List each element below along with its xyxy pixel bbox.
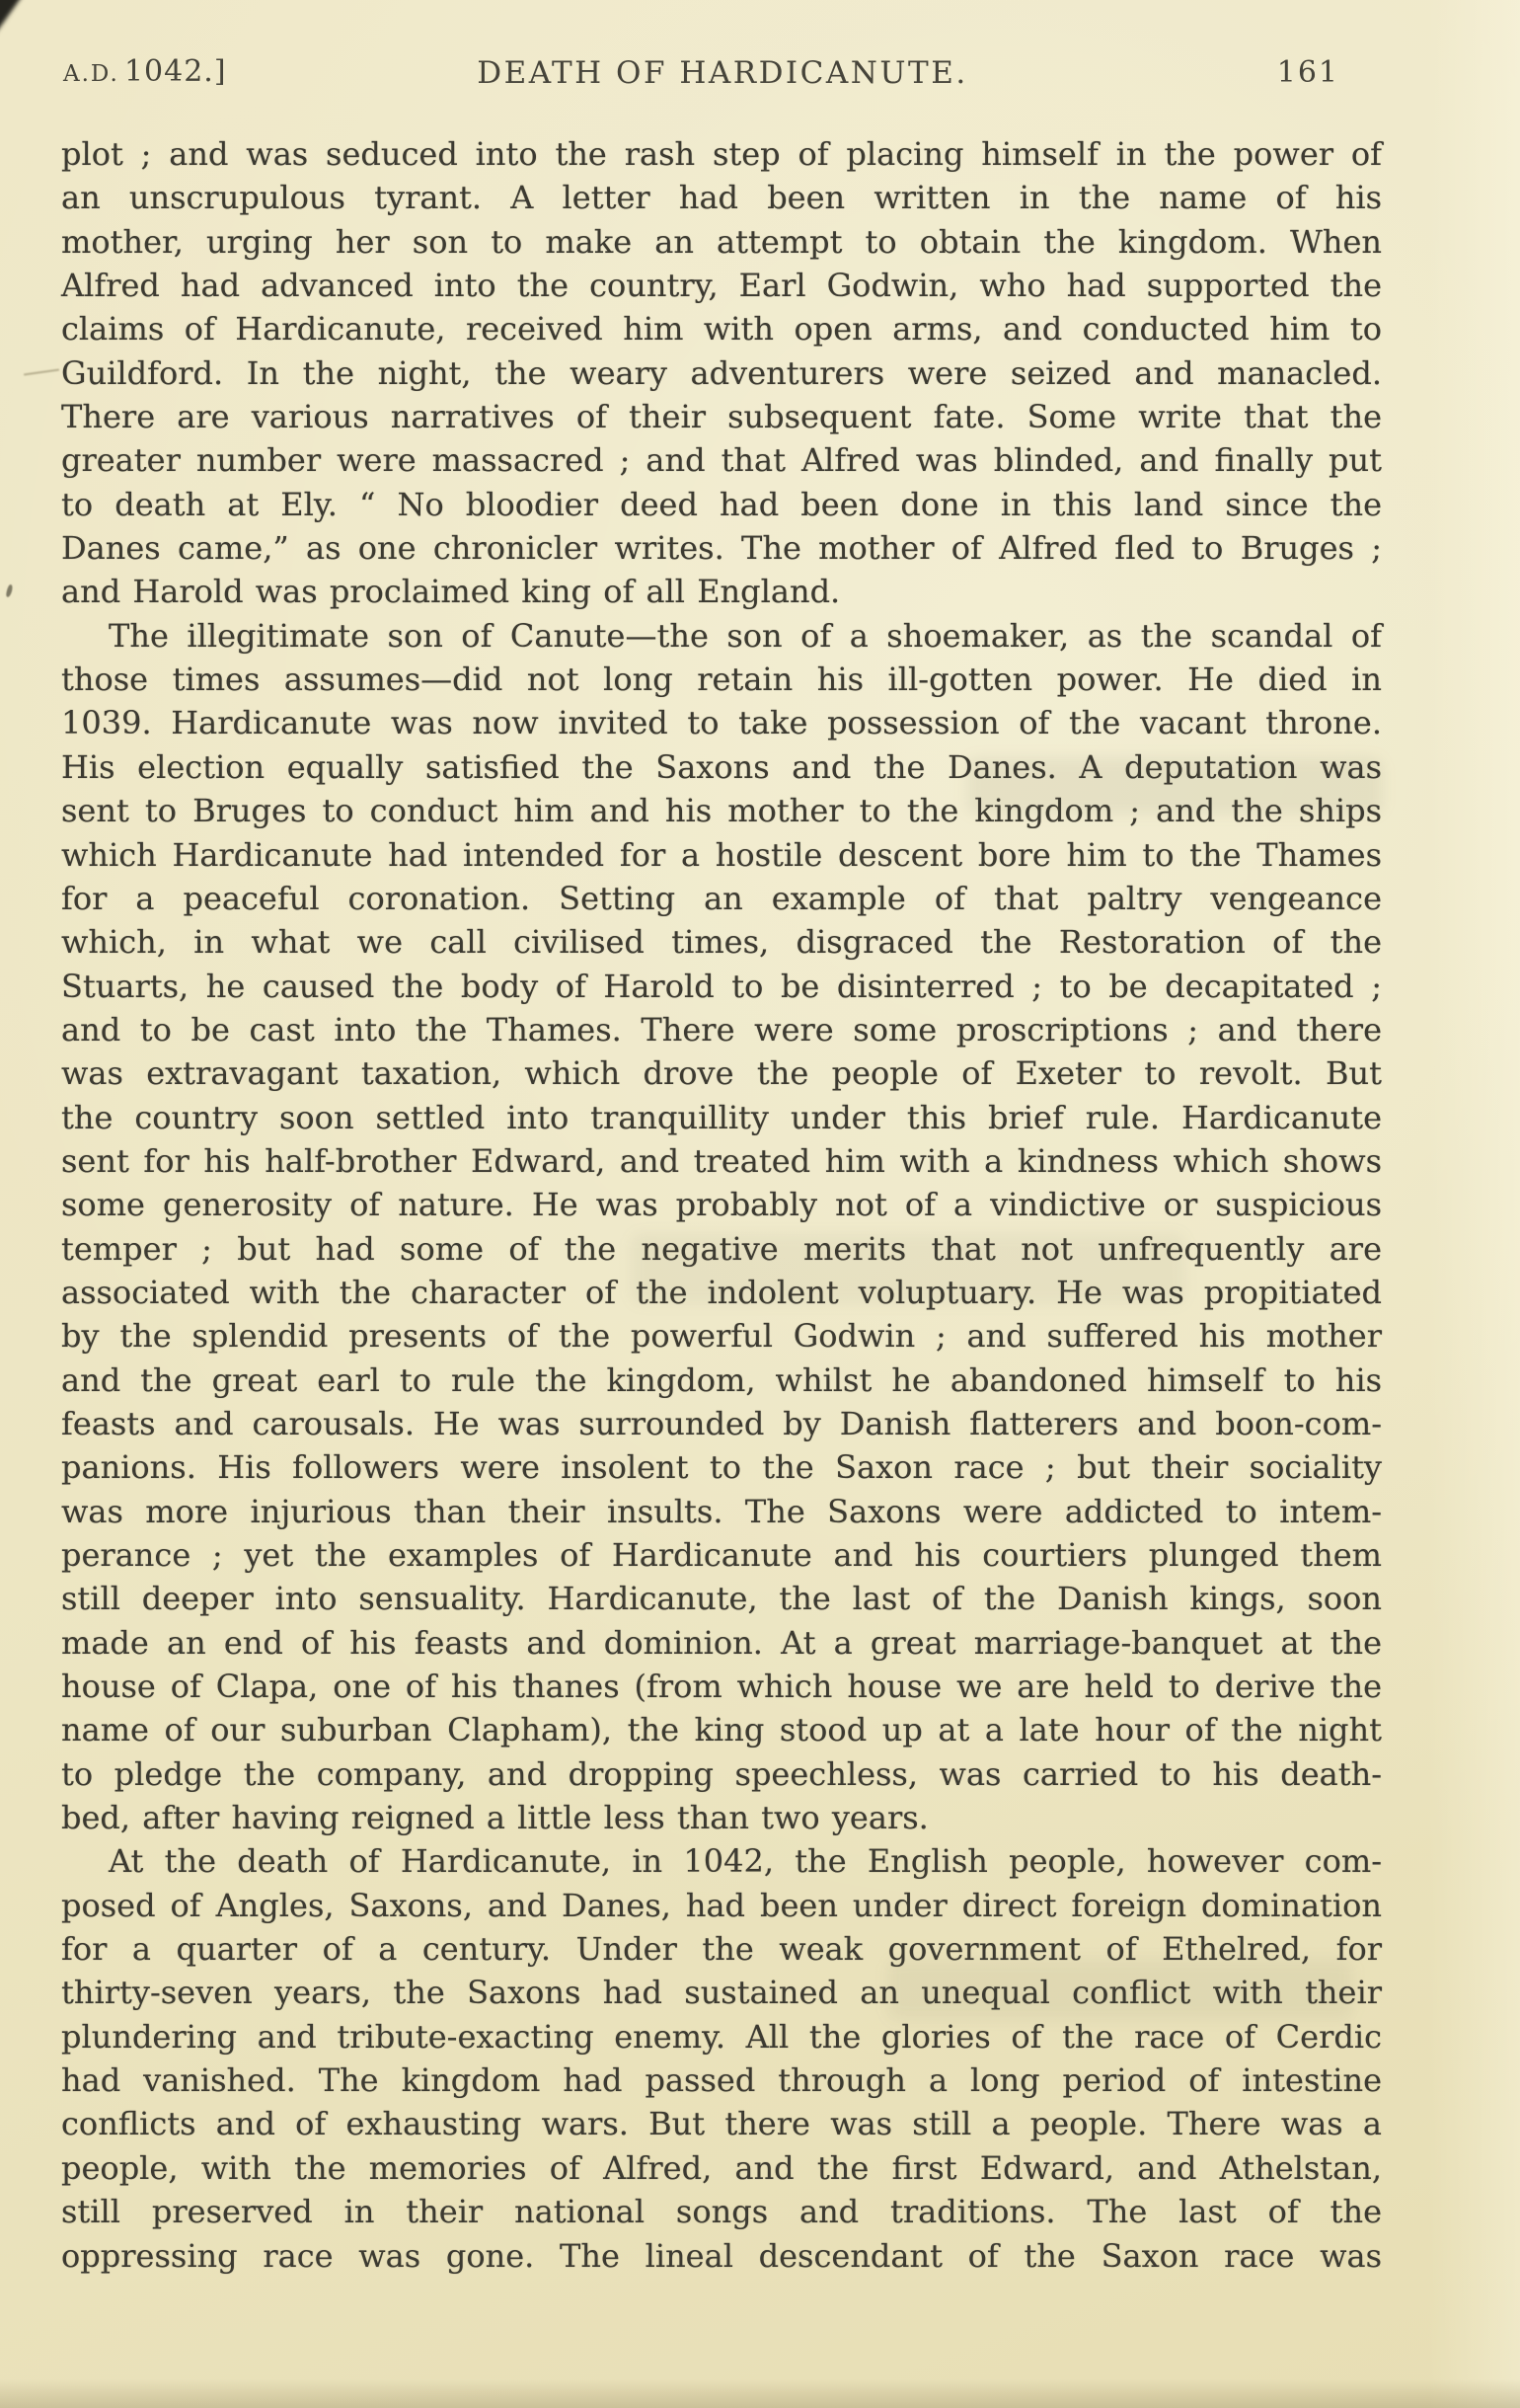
page-number: 161 xyxy=(1277,55,1339,90)
text-line: plot ; and was seduced into the rash ste… xyxy=(61,132,1382,176)
text-line: the country soon settled into tranquilli… xyxy=(61,1096,1382,1139)
text-line: associated with the character of the ind… xyxy=(61,1271,1382,1314)
text-line: for a peaceful coronation. Setting an ex… xyxy=(61,877,1382,920)
text-line: which Hardicanute had intended for a hos… xyxy=(61,833,1382,877)
page-body: plot ; and was seduced into the rash ste… xyxy=(61,132,1382,2278)
text-line: to death at Ely. “ No bloodier deed had … xyxy=(61,483,1382,526)
text-line: by the splendid presents of the powerful… xyxy=(61,1314,1382,1358)
text-line: mother, urging her son to make an attemp… xyxy=(61,220,1382,264)
text-line: His election equally satisfied the Saxon… xyxy=(61,745,1382,789)
scan-corner-artifact xyxy=(0,0,24,36)
text-line: had vanished. The kingdom had passed thr… xyxy=(61,2058,1382,2102)
scan-scratch xyxy=(24,369,59,376)
text-line: house of Clapa, one of his thanes (from … xyxy=(61,1665,1382,1708)
text-line: was extravagant taxation, which drove th… xyxy=(61,1051,1382,1095)
text-line: name of our suburban Clapham), the king … xyxy=(61,1708,1382,1751)
text-line: oppressing race was gone. The lineal des… xyxy=(61,2234,1382,2278)
text-line: At the death of Hardicanute, in 1042, th… xyxy=(61,1839,1382,1883)
running-title: DEATH OF HARDICANUTE. xyxy=(63,55,1382,91)
text-line: which, in what we call civilised times, … xyxy=(61,920,1382,964)
text-line: still deeper into sensuality. Hardicanut… xyxy=(61,1577,1382,1620)
text-line: for a quarter of a century. Under the we… xyxy=(61,1927,1382,1971)
text-line: Stuarts, he caused the body of Harold to… xyxy=(61,965,1382,1008)
book-page-scan: A.D. 1042.] DEATH OF HARDICANUTE. 161 pl… xyxy=(0,0,1520,2408)
text-line: sent for his half-brother Edward, and tr… xyxy=(61,1139,1382,1183)
text-line: and to be cast into the Thames. There we… xyxy=(61,1008,1382,1051)
text-line: sent to Bruges to conduct him and his mo… xyxy=(61,789,1382,832)
text-line: people, with the memories of Alfred, and… xyxy=(61,2146,1382,2190)
text-line: an unscrupulous tyrant. A letter had bee… xyxy=(61,176,1382,219)
text-line: thirty-seven years, the Saxons had susta… xyxy=(61,1971,1382,2014)
text-line: Danes came,” as one chronicler writes. T… xyxy=(61,526,1382,570)
text-line: feasts and carousals. He was surrounded … xyxy=(61,1402,1382,1445)
text-line: temper ; but had some of the negative me… xyxy=(61,1227,1382,1271)
text-line: still preserved in their national songs … xyxy=(61,2190,1382,2233)
text-line: those times assumes—did not long retain … xyxy=(61,658,1382,701)
text-line: and the great earl to rule the kingdom, … xyxy=(61,1359,1382,1402)
text-line: bed, after having reigned a little less … xyxy=(61,1796,1382,1839)
text-line: plundering and tribute-exacting enemy. A… xyxy=(61,2015,1382,2058)
text-line: Alfred had advanced into the country, Ea… xyxy=(61,264,1382,307)
text-line: conflicts and of exhausting wars. But th… xyxy=(61,2102,1382,2145)
text-line: panions. His followers were insolent to … xyxy=(61,1445,1382,1489)
page-header: A.D. 1042.] DEATH OF HARDICANUTE. 161 xyxy=(63,53,1382,91)
text-line: some generosity of nature. He was probab… xyxy=(61,1183,1382,1226)
text-line: and Harold was proclaimed king of all En… xyxy=(61,570,1382,613)
text-line: There are various narratives of their su… xyxy=(61,395,1382,438)
text-line: greater number were massacred ; and that… xyxy=(61,438,1382,482)
text-line: posed of Angles, Saxons, and Danes, had … xyxy=(61,1884,1382,1927)
text-line: The illegitimate son of Canute—the son o… xyxy=(61,614,1382,658)
text-line: made an end of his feasts and dominion. … xyxy=(61,1621,1382,1665)
text-line: perance ; yet the examples of Hardicanut… xyxy=(61,1533,1382,1577)
scan-speck xyxy=(6,584,14,598)
text-line: claims of Hardicanute, received him with… xyxy=(61,307,1382,350)
text-line: 1039. Hardicanute was now invited to tak… xyxy=(61,701,1382,744)
text-line: to pledge the company, and dropping spee… xyxy=(61,1752,1382,1796)
text-line: was more injurious than their insults. T… xyxy=(61,1490,1382,1533)
text-line: Guildford. In the night, the weary adven… xyxy=(61,351,1382,395)
